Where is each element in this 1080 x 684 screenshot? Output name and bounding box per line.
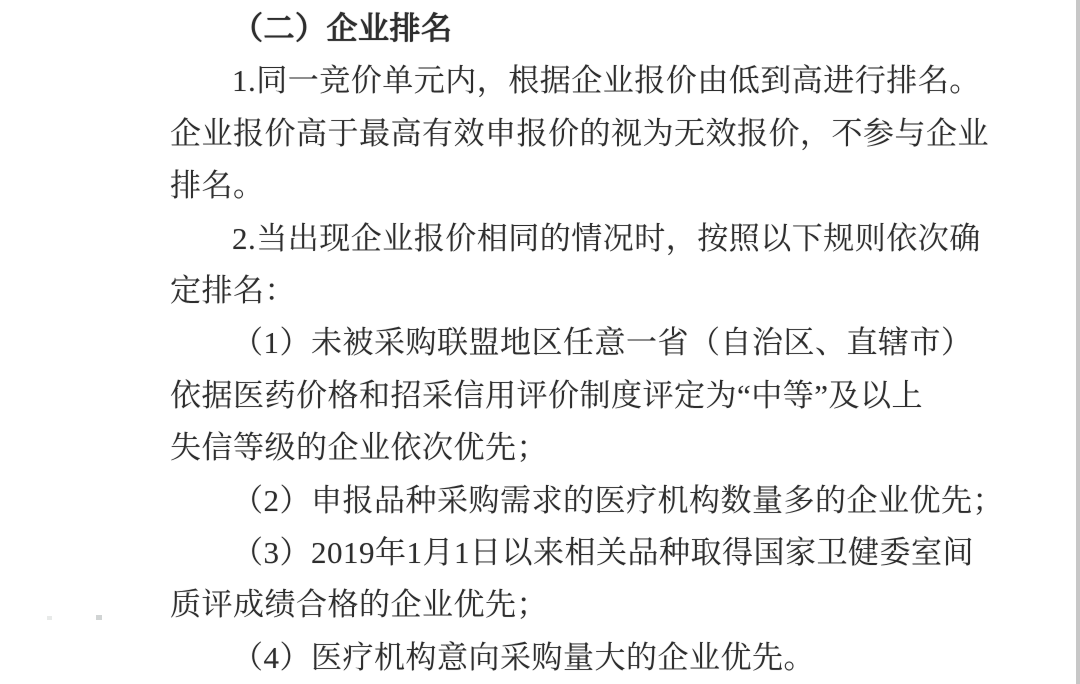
scan-artifact (96, 615, 102, 620)
scanned-document-page: （二）企业排名 1.同一竞价单元内，根据企业报价由低到高进行排名。 企业报价高于… (0, 0, 1080, 684)
text-line-rule-1-end: 失信等级的企业依次优先； (170, 422, 960, 474)
text-line-rule-1-wrap: 依据医药价格和招采信用评价制度评定为“中等”及以上 (170, 370, 960, 422)
text-line-rule-2: （2）申报品种采购需求的医疗机构数量多的企业优先； (170, 475, 960, 527)
text-line-rule-4: （4）医疗机构意向采购量大的企业优先。 (170, 632, 960, 684)
text-line-item-1-wrap: 企业报价高于最高有效申报价的视为无效报价，不参与企业 (170, 108, 960, 160)
document-text-block: （二）企业排名 1.同一竞价单元内，根据企业报价由低到高进行排名。 企业报价高于… (170, 3, 960, 684)
text-line-item-2-end: 定排名： (170, 265, 960, 317)
document-heading: （二）企业排名 (170, 3, 960, 55)
scan-artifact (47, 616, 52, 620)
text-line-item-1-end: 排名。 (170, 160, 960, 212)
text-line-rule-3: （3）2019年1月1日以来相关品种取得国家卫健委室间 (170, 527, 960, 579)
text-line-rule-3-end: 质评成绩合格的企业优先； (170, 579, 960, 631)
scan-edge-shadow (1076, 0, 1080, 684)
text-line-rule-1: （1）未被采购联盟地区任意一省（自治区、直辖市） (170, 317, 960, 369)
text-line-item-2: 2.当出现企业报价相同的情况时，按照以下规则依次确 (170, 213, 960, 265)
text-line-item-1: 1.同一竞价单元内，根据企业报价由低到高进行排名。 (170, 55, 960, 107)
